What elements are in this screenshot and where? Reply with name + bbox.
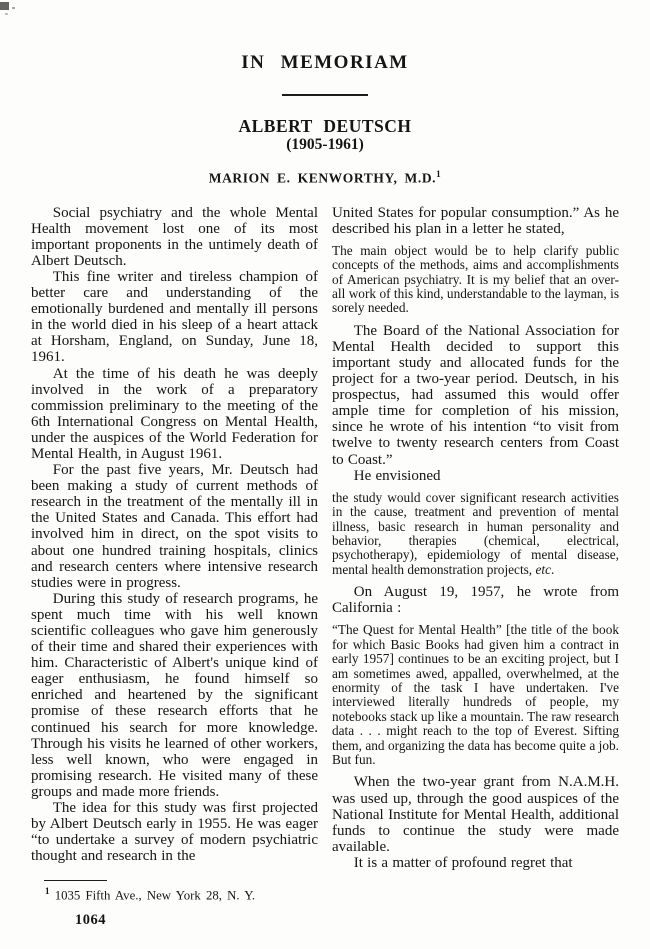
blockquote-study-scope: the study would cover significant resear… bbox=[332, 491, 619, 577]
page-title: IN MEMORIAM bbox=[0, 52, 650, 74]
paragraph-past-five-years: For the past five years, Mr. Deutsch had… bbox=[31, 462, 318, 591]
page-footer: 1 1035 Fifth Ave., New York 28, N. Y. 10… bbox=[31, 880, 331, 929]
quote-text: the study would cover significant resear… bbox=[332, 490, 619, 577]
page-number: 1064 bbox=[75, 912, 331, 929]
author-name: MARION E. KENWORTHY, M.D. bbox=[209, 171, 436, 186]
blockquote-quest: “The Quest for Mental Health” [the title… bbox=[332, 623, 619, 767]
author-line: MARION E. KENWORTHY, M.D.1 bbox=[0, 169, 650, 187]
footnote-text: 1035 Fifth Ave., New York 28, N. Y. bbox=[55, 888, 255, 902]
quote-text-end: . bbox=[551, 562, 554, 577]
author-footnote-marker: 1 bbox=[436, 169, 441, 179]
paragraph-august-letter: On August 19, 1957, he wrote from Califo… bbox=[332, 584, 619, 616]
paragraph-board: The Board of the National Association fo… bbox=[332, 323, 619, 468]
paragraph-envisioned: He envisioned bbox=[332, 468, 619, 484]
paragraph-grant: When the two-year grant from N.A.M.H. wa… bbox=[332, 774, 619, 854]
paragraph-time-of-death: At the time of his death he was deeply i… bbox=[31, 366, 318, 463]
paragraph-idea-for-study: The idea for this study was first projec… bbox=[31, 800, 318, 864]
paragraph-during-study: During this study of research programs, … bbox=[31, 591, 318, 800]
scan-artifact bbox=[0, 2, 9, 10]
subject-name: ALBERT DEUTSCH bbox=[0, 117, 650, 136]
footnote: 1 1035 Fifth Ave., New York 28, N. Y. bbox=[45, 884, 331, 902]
paragraph-regret: It is a matter of profound regret that bbox=[332, 855, 619, 871]
right-column: United States for popular consumption.” … bbox=[332, 205, 619, 871]
article-header: IN MEMORIAM ALBERT DEUTSCH (1905-1961) M… bbox=[0, 0, 650, 187]
quote-etc-italic: etc bbox=[535, 562, 551, 577]
paragraph-fine-writer: This fine writer and tireless champion o… bbox=[31, 269, 318, 366]
paragraph-continuation: United States for popular consumption.” … bbox=[332, 205, 619, 237]
two-column-body: Social psychiatry and the whole Mental H… bbox=[0, 187, 650, 871]
title-divider bbox=[282, 94, 368, 96]
left-column: Social psychiatry and the whole Mental H… bbox=[31, 205, 318, 871]
subject-years: (1905-1961) bbox=[0, 136, 650, 154]
blockquote-main-object: The main object would be to help clarify… bbox=[332, 244, 619, 316]
footnote-marker: 1 bbox=[45, 886, 50, 896]
journal-page: IN MEMORIAM ALBERT DEUTSCH (1905-1961) M… bbox=[0, 0, 650, 949]
paragraph-social-psychiatry: Social psychiatry and the whole Mental H… bbox=[31, 205, 318, 269]
footnote-divider bbox=[44, 880, 107, 881]
